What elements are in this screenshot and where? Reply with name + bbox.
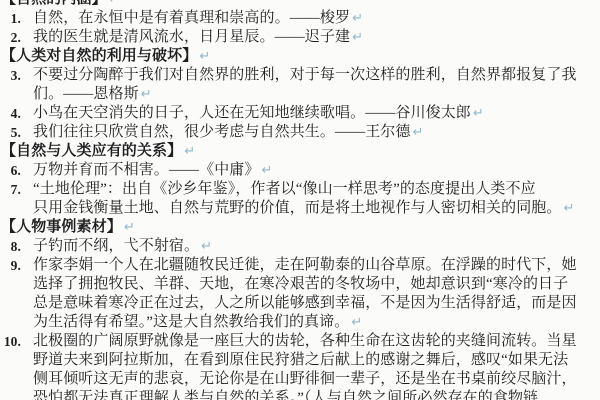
line-text: 【自然的内涵】↵ <box>1 0 120 9</box>
section-header-line: 【自然的内涵】↵ <box>0 0 600 9</box>
paragraph-mark-icon: ↵ <box>201 239 212 254</box>
text-line: 为生活得有希望。”这是大自然教给我们的真谛。↵ <box>0 313 600 332</box>
line-text: 【人物事例素材】↵ <box>1 218 135 237</box>
paragraph-mark-icon: ↵ <box>352 11 363 26</box>
text-line: 们。——恩格斯↵ <box>0 85 600 104</box>
text-line: 4.小鸟在天空消失的日子，人还在无知地继续歌唱。——谷川俊太郎↵ <box>0 104 600 123</box>
text-line: 野道夫来到阿拉斯加，在看到原住民狩猎之后献上的感谢之舞后，感叹“如果无法 <box>0 351 600 370</box>
text-line: 2.我的医生就是清风流水，日月星辰。——迟子建↵ <box>0 28 600 47</box>
document-page: 【自然的内涵】↵1.自然，在永恒中是有着真理和崇高的。——梭罗↵2.我的医生就是… <box>0 0 600 400</box>
line-text: 我的医生就是清风流水，日月星辰。——迟子建↵ <box>33 28 363 47</box>
list-number: 7. <box>0 180 21 199</box>
line-text: 只用金钱衡量土地、自然与荒野的价值，而是将土地视作与人密切相关的同胞。↵ <box>33 199 575 218</box>
line-text: 【自然与人类应有的关系】↵ <box>1 142 195 161</box>
line-text: 小鸟在天空消失的日子，人还在无知地继续歌唱。——谷川俊太郎↵ <box>33 104 484 123</box>
list-number: 4. <box>0 104 21 123</box>
text-line: 侧耳倾听这无声的悲哀，无论你是在山野徘徊一辈子，还是坐在书桌前绞尽脑汁， <box>0 370 600 389</box>
paragraph-mark-icon: ↵ <box>184 144 195 159</box>
paragraph-mark-icon: ↵ <box>124 220 135 235</box>
text-line: 1.自然，在永恒中是有着真理和崇高的。——梭罗↵ <box>0 9 600 28</box>
list-number: 3. <box>0 66 21 85</box>
line-text: 为生活得有希望。”这是大自然教给我们的真谛。↵ <box>33 313 362 332</box>
section-header-line: 【自然与人类应有的关系】↵ <box>0 142 600 161</box>
list-number: 10. <box>0 332 21 351</box>
line-text: 恐怕都无法真正理解人类与自然的关系。”（人与自然之间所必然存在的食物链， <box>33 389 553 400</box>
text-line: 6.万物并育而不相害。——《中庸》↵ <box>0 161 600 180</box>
paragraph-mark-icon: ↵ <box>141 87 152 102</box>
list-number: 9. <box>0 256 21 275</box>
section-header-line: 【人物事例素材】↵ <box>0 218 600 237</box>
document-lines: 【自然的内涵】↵1.自然，在永恒中是有着真理和崇高的。——梭罗↵2.我的医生就是… <box>0 0 600 400</box>
text-line: 恐怕都无法真正理解人类与自然的关系。”（人与自然之间所必然存在的食物链， <box>0 389 600 400</box>
text-line: 选择了拥抱牧民、羊群、天地，在寒冷艰苦的冬牧场中，她却意识到“寒冷的日子 <box>0 275 600 294</box>
paragraph-mark-icon: ↵ <box>413 125 424 140</box>
line-text: 总是意味着寒冷正在过去，人之所以能够感到幸福，不是因为生活得舒适，而是因 <box>33 294 577 313</box>
text-line: 10.北极圈的广阔原野就像是一座巨大的齿轮，各种生命在这齿轮的夹缝间流转。当星 <box>0 332 600 351</box>
list-number: 2. <box>0 28 21 47</box>
line-text: 野道夫来到阿拉斯加，在看到原住民狩猎之后献上的感谢之舞后，感叹“如果无法 <box>33 351 568 370</box>
line-text: 北极圈的广阔原野就像是一座巨大的齿轮，各种生命在这齿轮的夹缝间流转。当星 <box>33 332 577 351</box>
text-line: 8.子钓而不纲，弋不射宿。↵ <box>0 237 600 256</box>
text-line: 5.我们往往只欣赏自然，很少考虑与自然共生。——王尔德↵ <box>0 123 600 142</box>
line-text: 们。——恩格斯↵ <box>33 85 152 104</box>
text-line: 总是意味着寒冷正在过去，人之所以能够感到幸福，不是因为生活得舒适，而是因 <box>0 294 600 313</box>
paragraph-mark-icon: ↵ <box>352 30 363 45</box>
text-line: 7.“土地伦理”：出自《沙乡年鉴》，作者以“像山一样思考”的态度提出人类不应 <box>0 180 600 199</box>
line-text: 【人类对自然的利用与破坏】↵ <box>1 47 210 66</box>
line-text: 自然，在永恒中是有着真理和崇高的。——梭罗↵ <box>33 9 363 28</box>
line-text: 不要过分陶醉于我们对自然界的胜利，对于每一次这样的胜利，自然界都报复了我 <box>33 66 577 85</box>
paragraph-mark-icon: ↵ <box>473 106 484 121</box>
line-text: 万物并育而不相害。——《中庸》↵ <box>33 161 273 180</box>
list-number: 1. <box>0 9 21 28</box>
line-text: 我们往往只欣赏自然，很少考虑与自然共生。——王尔德↵ <box>33 123 424 142</box>
text-line: 只用金钱衡量土地、自然与荒野的价值，而是将土地视作与人密切相关的同胞。↵ <box>0 199 600 218</box>
line-text: 侧耳倾听这无声的悲哀，无论你是在山野徘徊一辈子，还是坐在书桌前绞尽脑汁， <box>33 370 577 389</box>
paragraph-mark-icon: ↵ <box>199 49 210 64</box>
paragraph-mark-icon: ↵ <box>351 315 362 330</box>
paragraph-mark-icon: ↵ <box>109 0 120 7</box>
list-number: 6. <box>0 161 21 180</box>
list-number: 5. <box>0 123 21 142</box>
text-line: 3.不要过分陶醉于我们对自然界的胜利，对于每一次这样的胜利，自然界都报复了我 <box>0 66 600 85</box>
line-text: “土地伦理”：出自《沙乡年鉴》，作者以“像山一样思考”的态度提出人类不应 <box>33 180 536 199</box>
line-text: 作家李娟一个人在北疆随牧民迁徙，走在阿勒泰的山谷草原。在浮躁的时代下，她 <box>33 256 577 275</box>
paragraph-mark-icon: ↵ <box>262 163 273 178</box>
line-text: 子钓而不纲，弋不射宿。↵ <box>33 237 212 256</box>
line-text: 选择了拥抱牧民、羊群、天地，在寒冷艰苦的冬牧场中，她却意识到“寒冷的日子 <box>33 275 568 294</box>
paragraph-mark-icon: ↵ <box>564 201 575 216</box>
section-header-line: 【人类对自然的利用与破坏】↵ <box>0 47 600 66</box>
list-number: 8. <box>0 237 21 256</box>
text-line: 9.作家李娟一个人在北疆随牧民迁徙，走在阿勒泰的山谷草原。在浮躁的时代下，她 <box>0 256 600 275</box>
